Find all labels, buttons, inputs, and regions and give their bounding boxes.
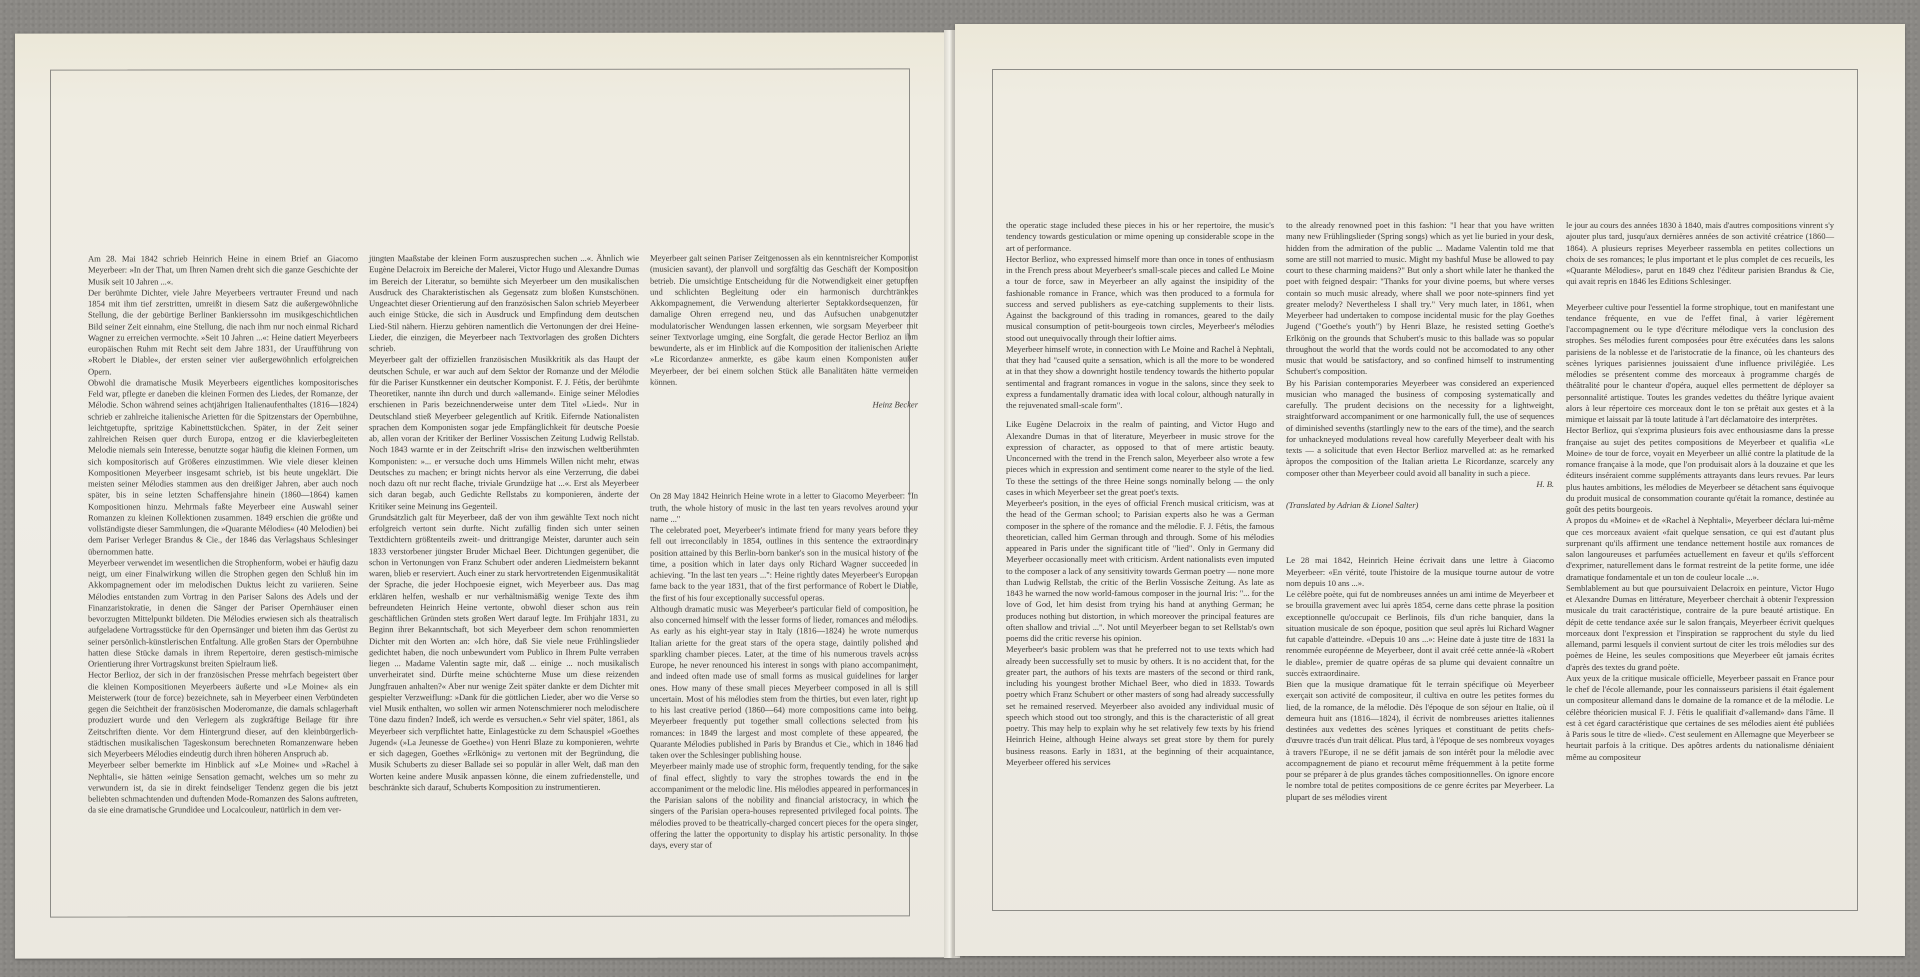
- left-page-border: Am 28. Mai 1842 schrieb Heinrich Heine i…: [50, 68, 910, 917]
- paragraph: Obwohl die dramatische Musik Meyerbeers …: [88, 377, 358, 557]
- paragraph: Bien que la musique dramatique fût le te…: [1286, 679, 1554, 803]
- author-initials: H. B.: [1286, 479, 1554, 490]
- paragraph: Although dramatic music was Meyerbeer's …: [650, 603, 918, 761]
- paragraph: Semblablement au but que poursuivaient D…: [1566, 583, 1834, 673]
- english-french-column-3: to the already renowned poet in this fas…: [1286, 220, 1554, 803]
- paragraph: Le 28 mai 1842, Heinrich Heine écrivait …: [1286, 555, 1554, 589]
- paragraph: le jour au cours des années 1830 à 1840,…: [1566, 220, 1834, 288]
- paragraph: Am 28. Mai 1842 schrieb Heinrich Heine i…: [88, 253, 358, 287]
- paragraph: Meyerbeer cultive pour l'essentiel la fo…: [1566, 302, 1834, 426]
- right-page: the operatic stage included these pieces…: [955, 24, 1905, 956]
- paragraph: A propos du «Moine» et de «Rachel à Neph…: [1566, 515, 1834, 583]
- paragraph: Meyerbeer himself wrote, in connection w…: [1006, 344, 1274, 412]
- paragraph: On 28 May 1842 Heinrich Heine wrote in a…: [650, 491, 918, 525]
- paragraph: Like Eugène Delacroix in the realm of pa…: [1006, 419, 1274, 498]
- paragraph: Aux yeux de la critique musicale officie…: [1566, 673, 1834, 763]
- paragraph: By his Parisian contemporaries Meyerbeer…: [1286, 378, 1554, 479]
- paragraph: Meyerbeer's position, in the eyes of off…: [1006, 498, 1274, 644]
- paragraph: Hector Berlioz, who expressed himself mo…: [1006, 254, 1274, 344]
- paragraph: The celebrated poet, Meyerbeer's intimat…: [650, 524, 918, 603]
- left-page: Am 28. Mai 1842 schrieb Heinrich Heine i…: [15, 32, 951, 958]
- german-column-2: jüngten Maaßstabe der kleinen Form auszu…: [369, 253, 639, 793]
- paragraph: Der berühmte Dichter, viele Jahre Meyerb…: [88, 287, 358, 377]
- paragraph: Hector Berlioz, der sich in der französi…: [88, 669, 358, 759]
- paragraph: the operatic stage included these pieces…: [1006, 220, 1274, 254]
- paragraph: Grundsätzlich galt für Meyerbeer, daß de…: [369, 512, 639, 794]
- paragraph: jüngten Maaßstabe der kleinen Form auszu…: [369, 253, 639, 355]
- right-page-border: the operatic stage included these pieces…: [992, 69, 1858, 911]
- paragraph: Meyerbeer verwendet im wesentlichen die …: [88, 557, 358, 670]
- paragraph: Hector Berlioz, qui s'exprima plusieurs …: [1566, 425, 1834, 515]
- paragraph: Meyerbeer mainly made use of strophic fo…: [650, 761, 918, 851]
- french-column-2: le jour au cours des années 1830 à 1840,…: [1566, 220, 1834, 763]
- paragraph: Meyerbeer selber bemerkte im Hinblick au…: [88, 759, 358, 816]
- paragraph: to the already renowned poet in this fas…: [1286, 220, 1554, 378]
- paragraph: Meyerbeer galt der offiziellen französis…: [369, 354, 639, 512]
- english-column-2: the operatic stage included these pieces…: [1006, 220, 1274, 768]
- german-english-column-3: Meyerbeer galt seinen Pariser Zeitgenoss…: [650, 252, 918, 851]
- german-column-1: Am 28. Mai 1842 schrieb Heinrich Heine i…: [88, 253, 358, 816]
- author-signature: Heinz Becker: [650, 399, 918, 411]
- paragraph: Meyerbeer galt seinen Pariser Zeitgenoss…: [650, 252, 918, 387]
- translation-credit: (Translated by Adrian & Lionel Salter): [1286, 500, 1554, 511]
- paragraph: Meyerbeer's basic problem was that he pr…: [1006, 644, 1274, 768]
- paragraph: Le célèbre poète, qui fut de nombreuses …: [1286, 589, 1554, 679]
